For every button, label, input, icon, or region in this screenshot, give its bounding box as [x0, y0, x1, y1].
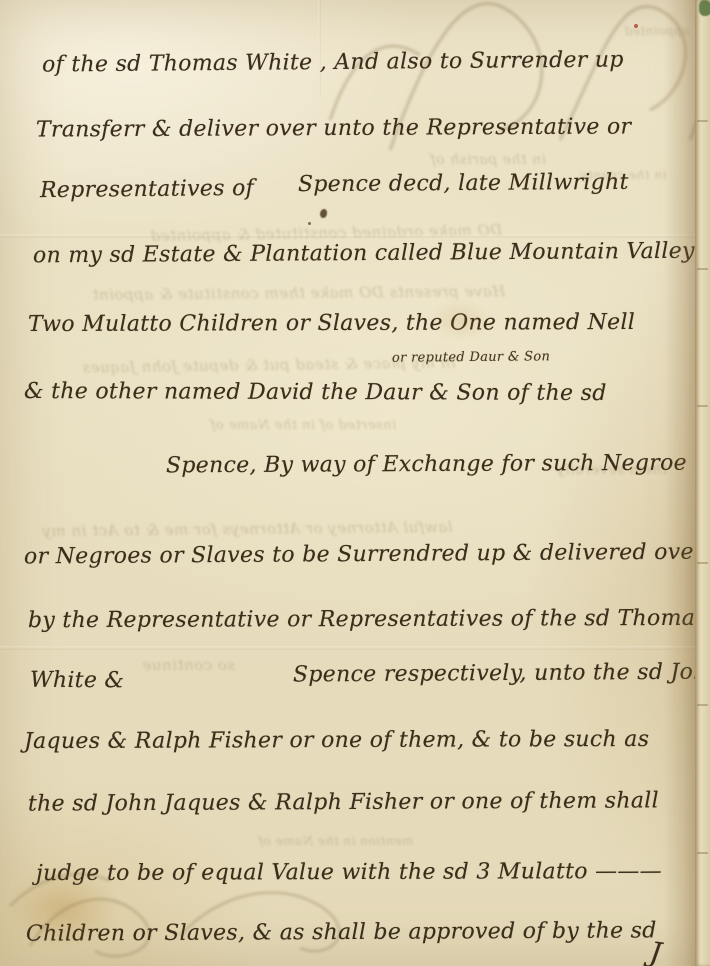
manuscript-line: Representatives of — [40, 176, 254, 203]
fold-crease-horizontal — [0, 646, 710, 650]
manuscript-line: White & — [30, 668, 124, 693]
manuscript-line: Spence respectively, unto the sd John — [293, 660, 710, 688]
manuscript-line: Two Mulatto Children or Slaves, the One … — [28, 310, 635, 337]
manuscript-line: by the Representative or Representatives… — [28, 606, 707, 633]
binding-fold-shadow — [664, 0, 696, 966]
bleedthrough-text: in the parish of — [430, 152, 546, 168]
manuscript-line: Transferr & deliver over unto the Repres… — [36, 114, 631, 142]
edge-crease-mark — [697, 562, 708, 564]
paper-stain — [430, 300, 490, 340]
manuscript-line: judge to be of equal Value with the sd 3… — [36, 859, 662, 886]
paper-stain — [8, 868, 118, 948]
bleedthrough-text: lawful Attorney or Attorneys for me & to… — [42, 518, 453, 540]
edge-crease-mark — [697, 120, 708, 122]
bleedthrough-text: Have presents DO make them constitute & … — [92, 282, 505, 304]
bleedthrough-text: inserted of in the Name of — [210, 418, 396, 433]
page-edge — [695, 0, 710, 966]
bleedthrough-text: mention in the Name of — [258, 834, 413, 848]
manuscript-line: the sd John Jaques & Ralph Fisher or one… — [28, 788, 659, 816]
manuscript-line: & the other named David the Daur & Son o… — [24, 379, 607, 406]
edge-crease-mark — [697, 852, 708, 854]
ink-speck — [308, 222, 311, 225]
edge-crease-mark — [697, 405, 708, 407]
edge-crease-mark — [697, 268, 708, 270]
manuscript-line: of the sd Thomas White , And also to Sur… — [42, 47, 624, 77]
manuscript-line: Children or Slaves, & as shall be approv… — [26, 918, 657, 946]
interlineation-note: or reputed Daur & Son — [392, 349, 550, 365]
ink-blot — [320, 209, 327, 218]
manuscript-line: Spence, By way of Exchange for such Negr… — [166, 451, 687, 479]
edge-crease-mark — [697, 704, 708, 706]
manuscript-line: Spence decd, late Millwright — [298, 170, 629, 197]
manuscript-line: Jaques & Ralph Fisher or one of them, & … — [24, 727, 649, 754]
manuscript-line: on my sd Estate & Plantation called Blue… — [33, 239, 695, 269]
fold-crease-vertical — [318, 0, 321, 95]
bleedthrough-text: so continue — [142, 656, 235, 674]
green-mark — [699, 0, 710, 16]
red-speck — [634, 24, 638, 28]
manuscript-page: in the parish of in the county DO make o… — [0, 0, 710, 966]
manuscript-line: or Negroes or Slaves to be Surrendred up… — [24, 540, 705, 570]
fold-crease-horizontal — [0, 234, 710, 238]
